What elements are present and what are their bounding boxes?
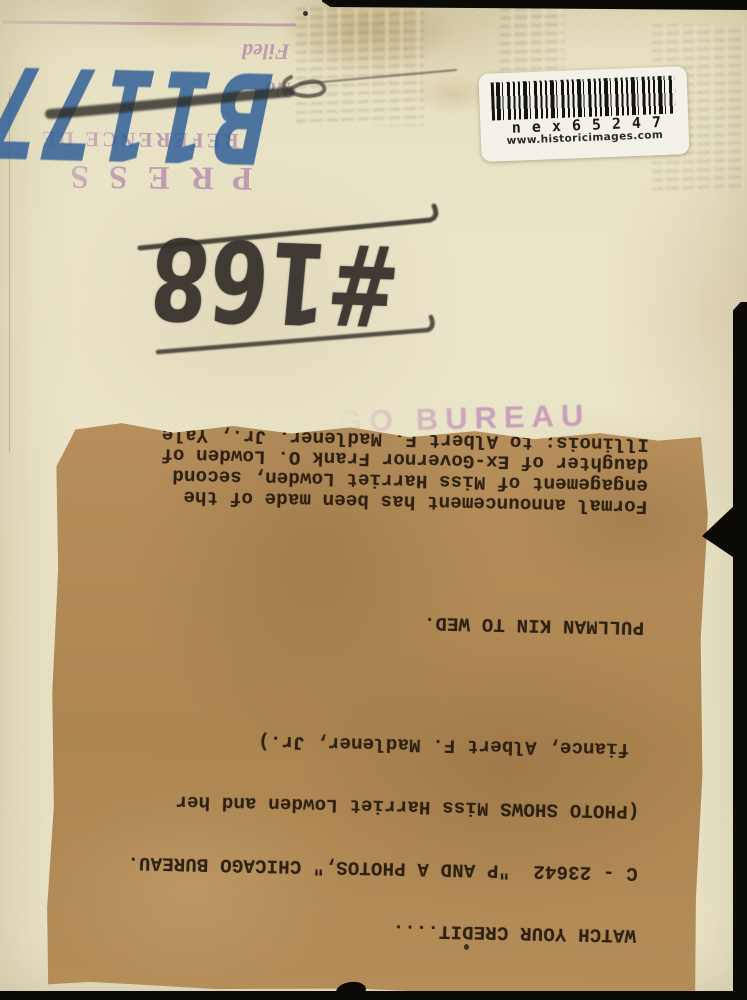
photo-number-handwriting: #168 <box>148 222 402 343</box>
caption-spacer <box>65 667 642 698</box>
caption-label: WATCH YOUR CREDIT.... C - 23642 "P AND A… <box>44 421 711 1000</box>
caption-id-line: C - 23642 "P AND A PHOTOS," CHICAGO BURE… <box>61 851 638 884</box>
ink-speck <box>303 11 308 16</box>
caption-spacer <box>69 545 646 576</box>
press-photo-back-scan: P R E S S REFERENCE DE No Filed B1177 #1… <box>0 0 747 1000</box>
pencil-strike-scribble <box>0 0 480 220</box>
caption-shows-line: fiance, Albert F. Madlener, Jr.) <box>64 727 641 760</box>
photo-number-text: #168 <box>145 212 405 351</box>
caption-shows-line: (PHOTO SHOWS Miss Harriet Lowden and her <box>62 789 639 822</box>
scan-edge-right <box>733 302 747 1000</box>
scan-edge-bottom <box>0 991 747 1000</box>
barcode-sticker: nex65247 www.historicimages.com <box>478 66 689 162</box>
caption-headline: PULLMAN KIN TO WED. <box>67 605 644 638</box>
ink-speck <box>464 944 469 950</box>
caption-credit-line: WATCH YOUR CREDIT.... <box>59 913 636 946</box>
